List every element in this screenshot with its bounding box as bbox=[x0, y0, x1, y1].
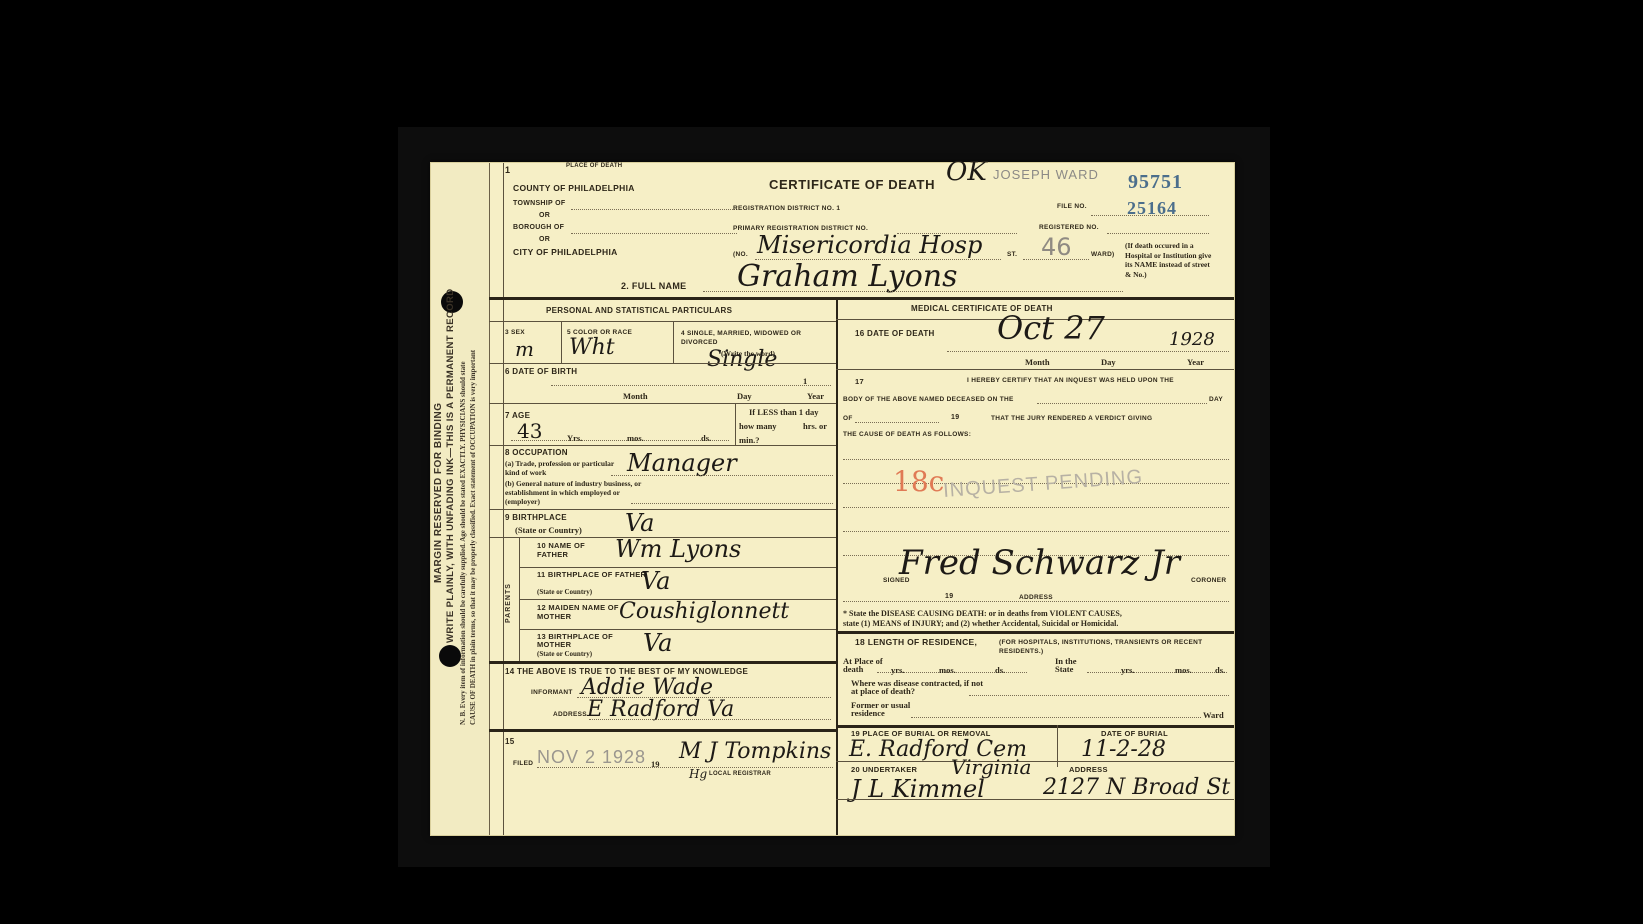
signed-address-label: ADDRESS bbox=[1019, 594, 1053, 601]
less-than-day-label: If LESS than 1 day bbox=[749, 407, 818, 417]
divider bbox=[489, 403, 836, 404]
dod-value: Oct 27 bbox=[997, 309, 1105, 347]
inquest-19-label: 19 bbox=[951, 414, 959, 421]
res-ds-label: ds. bbox=[995, 665, 1005, 675]
birthplace-sub: (State or Country) bbox=[515, 525, 582, 535]
divider bbox=[836, 725, 1234, 728]
file-no-label: FILE NO. bbox=[1057, 203, 1087, 210]
township-label: TOWNSHIP OF bbox=[513, 200, 565, 207]
hrs-label: hrs. or bbox=[803, 421, 827, 431]
dod-label: 16 DATE OF DEATH bbox=[855, 329, 935, 338]
divider bbox=[489, 321, 836, 322]
cause-line-4 bbox=[843, 531, 1229, 532]
at-place-label: At Place of death bbox=[843, 657, 893, 673]
inquest-day-field bbox=[1037, 403, 1207, 404]
full-name-value: Graham Lyons bbox=[737, 259, 958, 294]
inquest-month-field bbox=[855, 422, 939, 423]
punch-hole-bottom bbox=[439, 645, 461, 667]
dod-year-label: Year bbox=[1187, 357, 1204, 367]
undertaker-address-value: 2127 N Broad St bbox=[1043, 775, 1230, 800]
mother-value: Coushiglonnett bbox=[619, 599, 789, 624]
registration-district: REGISTRATION DISTRICT NO. 1 bbox=[733, 205, 840, 212]
section-number-1: 1 bbox=[505, 165, 510, 175]
father-birthplace-value: Va bbox=[641, 567, 670, 595]
undertaker-address-label: ADDRESS bbox=[1069, 765, 1108, 774]
serial-number: 95751 bbox=[1128, 171, 1183, 194]
ward-stamp: JOSEPH WARD bbox=[993, 167, 1099, 182]
ward-label: WARD) bbox=[1091, 251, 1115, 258]
mother-birthplace-label: 13 BIRTHPLACE OF MOTHER bbox=[537, 633, 627, 649]
margin-instruction-text: WRITE PLAINLY, WITH UNFADING INK—THIS IS… bbox=[445, 288, 456, 643]
state-mos-label: mos. bbox=[1175, 665, 1192, 675]
inquest-day-label: DAY bbox=[1209, 396, 1223, 403]
full-name-label: 2. FULL NAME bbox=[621, 281, 686, 291]
inquest-line-1: I HEREBY CERTIFY THAT AN INQUEST WAS HEL… bbox=[967, 377, 1174, 384]
red-annotation: 18c bbox=[893, 465, 944, 498]
coroner-signature: Fred Schwarz Jr bbox=[899, 543, 1180, 583]
dod-year-value: 1928 bbox=[1169, 329, 1215, 350]
mother-birthplace-value: Va bbox=[643, 629, 672, 657]
filed-number: 15 bbox=[505, 737, 515, 746]
color-value: Wht bbox=[569, 335, 615, 360]
former-residence-field bbox=[911, 717, 1201, 718]
father-birthplace-label: 11 BIRTHPLACE OF FATHER bbox=[537, 571, 657, 579]
age-field bbox=[511, 440, 729, 441]
age-yrs-label: Yrs. bbox=[567, 433, 582, 443]
dod-field bbox=[947, 351, 1229, 352]
registrar-signature: M J Tompkins bbox=[679, 739, 831, 764]
residence-note: (FOR HOSPITALS, INSTITUTIONS, TRANSIENTS… bbox=[999, 638, 1229, 656]
registered-no-field bbox=[1107, 233, 1209, 234]
divider bbox=[836, 369, 1234, 370]
footnote-2: state (1) MEANS of INJURY; and (2) wheth… bbox=[843, 619, 1118, 628]
residence-state-field bbox=[1087, 672, 1227, 673]
informant-label: INFORMANT bbox=[531, 689, 573, 696]
residence-label: 18 LENGTH OF RESIDENCE, bbox=[855, 637, 977, 647]
city-label: CITY OF PHILADELPHIA bbox=[513, 247, 618, 257]
occupation-b-label: (b) General nature of industry business,… bbox=[505, 479, 645, 506]
residence-ward-label: Ward bbox=[1203, 710, 1224, 720]
occupation-a-field bbox=[611, 475, 833, 476]
divider bbox=[519, 567, 836, 568]
father-value: Wm Lyons bbox=[615, 535, 741, 563]
inquest-line-4: THE CAUSE OF DEATH AS FOLLOWS: bbox=[843, 431, 971, 438]
father-label: 10 NAME OF FATHER bbox=[537, 541, 617, 559]
birthplace-value: Va bbox=[625, 509, 654, 537]
or-label-2: OR bbox=[539, 236, 550, 243]
cause-line-3 bbox=[843, 507, 1229, 508]
signed-19-label: 19 bbox=[945, 593, 953, 600]
hospital-value: Misericordia Hosp bbox=[757, 231, 982, 259]
contracted-label: Where was disease contracted, if not at … bbox=[851, 679, 991, 695]
res-mos-label: mos. bbox=[939, 665, 956, 675]
sex-label: 3 SEX bbox=[505, 329, 525, 336]
street-no-label: (NO. bbox=[733, 251, 748, 258]
left-border bbox=[503, 163, 504, 835]
undertaker-label: 20 UNDERTAKER bbox=[851, 765, 917, 774]
filed-label: FILED bbox=[513, 760, 533, 767]
how-many-label: how many bbox=[739, 421, 777, 431]
min-label: min.? bbox=[739, 435, 760, 445]
res-yrs-label: yrs. bbox=[891, 665, 904, 675]
divider bbox=[489, 729, 836, 732]
divider bbox=[489, 363, 836, 364]
address-field bbox=[589, 719, 831, 720]
footnote-1: * State the DISEASE CAUSING DEATH: or in… bbox=[843, 609, 1122, 618]
signed-address-field bbox=[843, 601, 1229, 602]
father-birthplace-sub: (State or Country) bbox=[537, 588, 592, 596]
divider bbox=[561, 321, 562, 363]
state-ds-label: ds. bbox=[1215, 665, 1225, 675]
filed-date-stamp: NOV 2 1928 bbox=[537, 747, 646, 768]
binding-margin: MARGIN RESERVED FOR BINDING WRITE PLAINL… bbox=[431, 163, 490, 835]
margin-note-1: N. B. Every item of information should b… bbox=[459, 361, 467, 725]
inquest-number: 17 bbox=[855, 377, 864, 386]
or-label-1: OR bbox=[539, 212, 550, 219]
dod-month-label: Month bbox=[1025, 357, 1050, 367]
address-label: ADDRESS bbox=[553, 711, 587, 718]
in-state-label: In the State bbox=[1055, 657, 1095, 673]
divider bbox=[489, 509, 836, 510]
state-yrs-label: yrs. bbox=[1121, 665, 1134, 675]
file-no-field bbox=[1091, 215, 1209, 216]
occupation-a-label: (a) Trade, profession or particular kind… bbox=[505, 459, 615, 477]
filed-field bbox=[537, 767, 833, 768]
header-divider bbox=[489, 297, 1234, 300]
coroner-label: CORONER bbox=[1191, 577, 1226, 584]
dob-month-label: Month bbox=[623, 391, 648, 401]
certificate-title: CERTIFICATE OF DEATH bbox=[769, 177, 935, 192]
place-of-death-heading: PLACE OF DEATH bbox=[566, 163, 622, 169]
dob-century: 1 bbox=[803, 376, 807, 386]
birthplace-label: 9 BIRTHPLACE bbox=[505, 513, 567, 522]
full-name-field bbox=[703, 291, 1123, 292]
ward-field bbox=[1023, 259, 1089, 260]
column-divider bbox=[836, 297, 838, 835]
borough-field bbox=[571, 233, 737, 234]
dob-label: 6 DATE OF BIRTH bbox=[505, 367, 577, 376]
divider bbox=[735, 403, 736, 445]
burial-date-value: 11-2-28 bbox=[1081, 737, 1166, 762]
dod-day-label: Day bbox=[1101, 357, 1116, 367]
marital-value: Single bbox=[707, 347, 777, 372]
inquest-pending-stamp: INQUEST PENDING bbox=[942, 466, 1143, 503]
mother-birthplace-sub: (State or Country) bbox=[537, 650, 592, 658]
divider bbox=[673, 321, 674, 363]
inquest-of-label: OF bbox=[843, 415, 853, 422]
dob-year-label: Year bbox=[807, 391, 824, 401]
contracted-field bbox=[969, 695, 1229, 696]
dob-field bbox=[551, 385, 831, 386]
inquest-line-3: THAT THE JURY RENDERED A VERDICT GIVING bbox=[991, 415, 1152, 422]
occupation-b-field bbox=[631, 503, 833, 504]
divider bbox=[836, 761, 1234, 762]
age-ds-label: ds. bbox=[701, 433, 711, 443]
registrar-initials: Hg bbox=[689, 767, 707, 781]
county-label: COUNTY OF PHILADELPHIA bbox=[513, 183, 635, 193]
divider bbox=[836, 799, 1234, 800]
cause-line-1 bbox=[843, 459, 1229, 460]
ward-value: 46 bbox=[1041, 233, 1072, 261]
inquest-line-2: BODY OF THE ABOVE NAMED DECEASED ON THE bbox=[843, 396, 1014, 403]
death-certificate: MARGIN RESERVED FOR BINDING WRITE PLAINL… bbox=[430, 162, 1235, 836]
hospital-note: (If death occured in a Hospital or Insti… bbox=[1125, 241, 1217, 279]
occupation-label: 8 OCCUPATION bbox=[505, 448, 568, 457]
borough-label: BOROUGH OF bbox=[513, 224, 564, 231]
divider bbox=[489, 445, 836, 446]
divider bbox=[836, 631, 1234, 634]
title-mark-handwritten: OK bbox=[946, 157, 987, 187]
age-mos-label: mos. bbox=[627, 433, 644, 443]
margin-note-2: CAUSE OF DEATH in plain terms, so that i… bbox=[469, 350, 477, 725]
dob-day-label: Day bbox=[737, 391, 752, 401]
registered-no-label: REGISTERED NO. bbox=[1039, 224, 1099, 231]
mother-label: 12 MAIDEN NAME OF MOTHER bbox=[537, 603, 627, 621]
divider bbox=[489, 661, 836, 664]
marital-label: 4 SINGLE, MARRIED, WIDOWED OR DIVORCED bbox=[681, 329, 831, 347]
st-label: ST. bbox=[1007, 251, 1017, 258]
parents-label: PARENTS bbox=[505, 583, 512, 623]
occupation-value: Manager bbox=[627, 449, 737, 477]
township-field bbox=[571, 209, 737, 210]
sex-value: m bbox=[515, 337, 534, 361]
local-registrar-label: LOCAL REGISTRAR bbox=[709, 771, 771, 777]
personal-heading: PERSONAL AND STATISTICAL PARTICULARS bbox=[546, 306, 732, 315]
divider bbox=[519, 629, 836, 630]
former-residence-label: Former or usual residence bbox=[851, 701, 921, 717]
margin-binding-text: MARGIN RESERVED FOR BINDING bbox=[433, 402, 444, 583]
